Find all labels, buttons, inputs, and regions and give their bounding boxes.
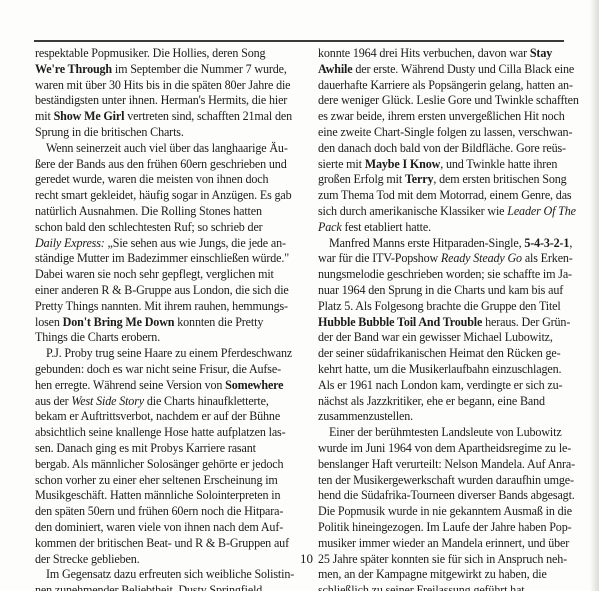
- text-line: Things die Charts erobern.: [35, 330, 297, 346]
- text-run: Die Popmusik wurde in nie gekanntem Ausm…: [318, 504, 572, 518]
- text-run: recht smart gekleidet, häufig sogar in A…: [35, 188, 292, 202]
- text-line: benslanger Haft verurteilt: Nelson Mande…: [318, 457, 583, 473]
- text-line: dauerhafte Karriere als Popsängerin gela…: [318, 78, 583, 94]
- song-title: 5-4-3-2-1: [524, 236, 569, 250]
- text-run: Sprung in die britischen Charts.: [35, 125, 184, 139]
- italic-title: Pack: [318, 220, 342, 234]
- text-run: wurde im Juni 1964 von dem Apartheidsreg…: [318, 441, 571, 455]
- text-run: hend die Südafrika-Tourneen diverser Ban…: [318, 488, 575, 502]
- text-run: ten der Musikergewerkschaft wurden darau…: [318, 473, 574, 487]
- text-run: Things die Charts erobern.: [35, 330, 160, 344]
- text-run: ,: [569, 236, 572, 250]
- text-run: „Sie sehen aus wie Jungs, die jede an-: [105, 236, 286, 250]
- text-run: aus der: [35, 394, 71, 408]
- text-run: Als er 1961 nach London kam, verdingte e…: [318, 378, 562, 392]
- text-run: Im Gegensatz dazu erfreuten sich weiblic…: [46, 567, 294, 581]
- text-line: bekam er Auftrittsverbot, nachdem er auf…: [35, 409, 297, 425]
- text-line: konnte 1964 drei Hits verbuchen, davon w…: [318, 46, 583, 62]
- text-line: nächst als Jazzkritiker, ehe er begann, …: [318, 394, 583, 410]
- text-run: bergab. Als männlicher Solosänger gehört…: [35, 457, 283, 471]
- text-line: einer anderen R & B-Gruppe aus London, d…: [35, 283, 297, 299]
- text-line: Dabei waren sie noch sehr gepflegt, verg…: [35, 267, 297, 283]
- text-line: den späten 50ern und frühen 60ern noch d…: [35, 504, 297, 520]
- text-run: fest etabliert hatte.: [342, 220, 431, 234]
- text-run: schon vorher zu einer eher seltenen Ersc…: [35, 473, 278, 487]
- text-line: P.J. Proby trug seine Haare zu einem Pfe…: [35, 346, 297, 362]
- text-line: natürlich Ausnahmen. Die Rolling Stones …: [35, 204, 297, 220]
- text-line: ten der Musikergewerkschaft wurden darau…: [318, 473, 583, 489]
- text-line: losen Don't Bring Me Down konnten die Pr…: [35, 315, 297, 331]
- text-run: beständigsten unter ihnen. Herman's Herm…: [35, 93, 287, 107]
- text-run: dere weniger Glück. Leslie Gore und Twin…: [318, 93, 579, 107]
- text-run: mit: [35, 109, 54, 123]
- text-run: war für die ITV-Popshow: [318, 251, 441, 265]
- text-line: Platz 5. Als Folgesong brachte die Grupp…: [318, 299, 583, 315]
- text-run: Platz 5. Als Folgesong brachte die Grupp…: [318, 299, 561, 313]
- text-line: Die Popmusik wurde in nie gekanntem Ausm…: [318, 504, 583, 520]
- text-run: konnten die Pretty: [174, 315, 263, 329]
- text-run: der Strecke geblieben.: [35, 552, 140, 566]
- text-line: Manfred Manns erste Hitparaden-Single, 5…: [318, 236, 583, 252]
- text-run: nungsmelodie geschrieben worden; sie sch…: [318, 267, 572, 281]
- song-title: Stay: [530, 46, 552, 60]
- text-run: 25 Jahre später konnten sie für sich in …: [318, 552, 567, 566]
- text-line: beständigsten unter ihnen. Herman's Herm…: [35, 93, 297, 109]
- text-run: sen. Danach ging es mit Probys Karriere …: [35, 441, 256, 455]
- text-line: sich durch amerikanische Klassiker wie L…: [318, 204, 583, 220]
- text-run: konnte 1964 drei Hits verbuchen, davon w…: [318, 46, 530, 60]
- song-title: Don't Bring Me Down: [63, 315, 175, 329]
- text-line: nen zunehmender Beliebtheit. Dusty Sprin…: [35, 583, 297, 591]
- song-title: Maybe I Know: [365, 157, 440, 171]
- text-line: den danach doch bald von der Bildfläche.…: [318, 141, 583, 157]
- text-run: einer anderen R & B-Gruppe aus London, d…: [35, 283, 289, 297]
- text-run: kommen der britischen Beat- und R & B-Gr…: [35, 536, 289, 550]
- text-line: großen Erfolg mit Terry, dem ersten brit…: [318, 172, 583, 188]
- text-run: men, an der Kampagne mitgewirkt zu haben…: [318, 567, 547, 581]
- text-line: hen erregte. Während seine Version von S…: [35, 378, 297, 394]
- text-run: Wenn seinerzeit auch viel über das langh…: [46, 141, 288, 155]
- text-run: kehrt hatte, um die Musikerlaufbahn einz…: [318, 362, 561, 376]
- text-run: hen erregte. Während seine Version von: [35, 378, 225, 392]
- text-run: sich durch amerikanische Klassiker wie: [318, 204, 507, 218]
- text-run: als Erken-: [522, 251, 573, 265]
- song-title: Somewhere: [225, 378, 283, 392]
- text-run: zum Thema Tod mit dem Motorrad, einem Ge…: [318, 188, 571, 202]
- text-line: Pack fest etabliert hatte.: [318, 220, 583, 236]
- text-run: , und Twinkle hatte ihren: [440, 157, 557, 171]
- text-line: gebunden: doch es war nicht seine Frisur…: [35, 362, 297, 378]
- text-run: benslanger Haft verurteilt: Nelson Mande…: [318, 457, 575, 471]
- text-line: zusammenzustellen.: [318, 409, 583, 425]
- text-line: sierte mit Maybe I Know, und Twinkle hat…: [318, 157, 583, 173]
- text-line: der seiner südafrikanischen Heimat den R…: [318, 346, 583, 362]
- text-run: dauerhafte Karriere als Popsängerin gela…: [318, 78, 573, 92]
- text-line: ständige Mutter im Badezimmer einschließ…: [35, 251, 297, 267]
- text-line: musiker immer wieder an Mandela erinnert…: [318, 536, 583, 552]
- text-line: men, an der Kampagne mitgewirkt zu haben…: [318, 567, 583, 583]
- text-run: großen Erfolg mit: [318, 172, 405, 186]
- song-title: Show Me Girl: [54, 109, 125, 123]
- text-line: Sprung in die britischen Charts.: [35, 125, 297, 141]
- text-line: mit Show Me Girl vertreten sind, schafft…: [35, 109, 297, 125]
- text-run: Politik hineingezogen. Im Laufe der Jahr…: [318, 520, 571, 534]
- italic-title: West Side Story: [71, 394, 144, 408]
- text-run: im September die Nummer 7 wurde,: [112, 62, 287, 76]
- text-run: schließlich zu seiner Freilassung geführ…: [318, 583, 527, 591]
- text-run: losen: [35, 315, 63, 329]
- text-run: der seiner südafrikanischen Heimat den R…: [318, 346, 561, 360]
- text-column-left: respektable Popmusiker. Die Hollies, der…: [35, 46, 297, 591]
- text-run: geredet wurde, waren die meisten von ihn…: [35, 172, 268, 186]
- page-edge-shadow: [590, 0, 599, 591]
- text-run: Musikgeschäft. Hatten männliche Solointe…: [35, 488, 280, 502]
- text-line: Wenn seinerzeit auch viel über das langh…: [35, 141, 297, 157]
- text-line: sen. Danach ging es mit Probys Karriere …: [35, 441, 297, 457]
- text-line: geredet wurde, waren die meisten von ihn…: [35, 172, 297, 188]
- text-line: der Strecke geblieben.: [35, 552, 297, 568]
- text-run: eine zweite Chart-Single folgen zu lasse…: [318, 125, 572, 139]
- text-run: bekam er Auftrittsverbot, nachdem er auf…: [35, 409, 280, 423]
- text-line: We're Through im September die Nummer 7 …: [35, 62, 297, 78]
- text-line: kehrt hatte, um die Musikerlaufbahn einz…: [318, 362, 583, 378]
- page-number: 10: [300, 551, 313, 567]
- text-line: wurde im Juni 1964 von dem Apartheidsreg…: [318, 441, 583, 457]
- text-run: Pretty Things nannten. Mit ihrem rauhen,…: [35, 299, 288, 313]
- text-run: gebunden: doch es war nicht seine Frisur…: [35, 362, 281, 376]
- text-run: ständige Mutter im Badezimmer einschließ…: [35, 251, 289, 265]
- text-line: respektable Popmusiker. Die Hollies, der…: [35, 46, 297, 62]
- text-line: schon bald den schlechtesten Ruf; so sch…: [35, 220, 297, 236]
- text-run: musiker immer wieder an Mandela erinnert…: [318, 536, 569, 550]
- text-line: es zwar beide, ihrem ersten unvergeßlich…: [318, 109, 583, 125]
- text-line: kommen der britischen Beat- und R & B-Gr…: [35, 536, 297, 552]
- text-run: Einer der berühmtesten Landsleute von Lu…: [329, 425, 562, 439]
- text-run: P.J. Proby trug seine Haare zu einem Pfe…: [46, 346, 292, 360]
- text-line: eine zweite Chart-Single folgen zu lasse…: [318, 125, 583, 141]
- italic-title: Daily Express:: [35, 236, 105, 250]
- text-run: den späten 50ern und frühen 60ern noch d…: [35, 504, 283, 518]
- text-line: Im Gegensatz dazu erfreuten sich weiblic…: [35, 567, 297, 583]
- text-line: aus der West Side Story die Charts hinau…: [35, 394, 297, 410]
- text-line: dere weniger Glück. Leslie Gore und Twin…: [318, 93, 583, 109]
- text-run: natürlich Ausnahmen. Die Rolling Stones …: [35, 204, 262, 218]
- text-line: war für die ITV-Popshow Ready Steady Go …: [318, 251, 583, 267]
- text-run: den dominiert, waren viele von ihnen nac…: [35, 520, 283, 534]
- text-run: waren mit über 30 Hits bis in die späten…: [35, 78, 290, 92]
- text-run: der erste. Während Dusty und Cilla Black…: [352, 62, 574, 76]
- text-line: waren mit über 30 Hits bis in die späten…: [35, 78, 297, 94]
- text-line: Als er 1961 nach London kam, verdingte e…: [318, 378, 583, 394]
- text-run: vertreten sind, schafften 21mal den: [124, 109, 292, 123]
- text-run: Dabei waren sie noch sehr gepflegt, verg…: [35, 267, 274, 281]
- text-run: es zwar beide, ihrem ersten unvergeßlich…: [318, 109, 565, 123]
- italic-title: Ready Steady Go: [441, 251, 522, 265]
- text-line: bergab. Als männlicher Solosänger gehört…: [35, 457, 297, 473]
- text-line: nungsmelodie geschrieben worden; sie sch…: [318, 267, 583, 283]
- text-line: Pretty Things nannten. Mit ihrem rauhen,…: [35, 299, 297, 315]
- song-title: We're Through: [35, 62, 112, 76]
- text-line: Daily Express: „Sie sehen aus wie Jungs,…: [35, 236, 297, 252]
- text-run: respektable Popmusiker. Die Hollies, der…: [35, 46, 265, 60]
- top-rule-divider: [34, 40, 564, 42]
- text-run: heraus. Der Grün-: [482, 315, 570, 329]
- text-line: ßere der Bands aus den frühen 60ern gesc…: [35, 157, 297, 173]
- text-run: , dem ersten britischen Song: [433, 172, 566, 186]
- text-line: der der Band war ein gewisser Michael Lu…: [318, 330, 583, 346]
- text-line: recht smart gekleidet, häufig sogar in A…: [35, 188, 297, 204]
- text-line: Einer der berühmtesten Landsleute von Lu…: [318, 425, 583, 441]
- italic-title: Leader Of The: [507, 204, 576, 218]
- text-line: absichtlich seine knallenge Hose hatte a…: [35, 425, 297, 441]
- text-line: den dominiert, waren viele von ihnen nac…: [35, 520, 297, 536]
- text-line: schon vorher zu einer eher seltenen Ersc…: [35, 473, 297, 489]
- text-line: schließlich zu seiner Freilassung geführ…: [318, 583, 583, 591]
- text-line: hend die Südafrika-Tourneen diverser Ban…: [318, 488, 583, 504]
- text-run: schon bald den schlechtesten Ruf; so sch…: [35, 220, 263, 234]
- text-line: nuar 1964 den Sprung in die Charts und k…: [318, 283, 583, 299]
- text-line: Awhile der erste. Während Dusty und Cill…: [318, 62, 583, 78]
- text-line: Musikgeschäft. Hatten männliche Solointe…: [35, 488, 297, 504]
- text-line: Politik hineingezogen. Im Laufe der Jahr…: [318, 520, 583, 536]
- text-run: ßere der Bands aus den frühen 60ern gesc…: [35, 157, 287, 171]
- song-title: Hubble Bubble Toil And Trouble: [318, 315, 482, 329]
- text-run: die Charts hinaufkletterte,: [144, 394, 269, 408]
- text-run: nen zunehmender Beliebtheit. Dusty Sprin…: [35, 583, 262, 591]
- text-column-right: konnte 1964 drei Hits verbuchen, davon w…: [318, 46, 583, 591]
- text-run: der der Band war ein gewisser Michael Lu…: [318, 330, 553, 344]
- song-title: Awhile: [318, 62, 352, 76]
- text-run: zusammenzustellen.: [318, 409, 413, 423]
- text-line: zum Thema Tod mit dem Motorrad, einem Ge…: [318, 188, 583, 204]
- text-run: sierte mit: [318, 157, 365, 171]
- text-run: Manfred Manns erste Hitparaden-Single,: [329, 236, 524, 250]
- text-run: absichtlich seine knallenge Hose hatte a…: [35, 425, 285, 439]
- text-run: nächst als Jazzkritiker, ehe er begann, …: [318, 394, 545, 408]
- text-line: Hubble Bubble Toil And Trouble heraus. D…: [318, 315, 583, 331]
- text-run: nuar 1964 den Sprung in die Charts und k…: [318, 283, 563, 297]
- text-line: 25 Jahre später konnten sie für sich in …: [318, 552, 583, 568]
- song-title: Terry: [405, 172, 433, 186]
- text-run: den danach doch bald von der Bildfläche.…: [318, 141, 566, 155]
